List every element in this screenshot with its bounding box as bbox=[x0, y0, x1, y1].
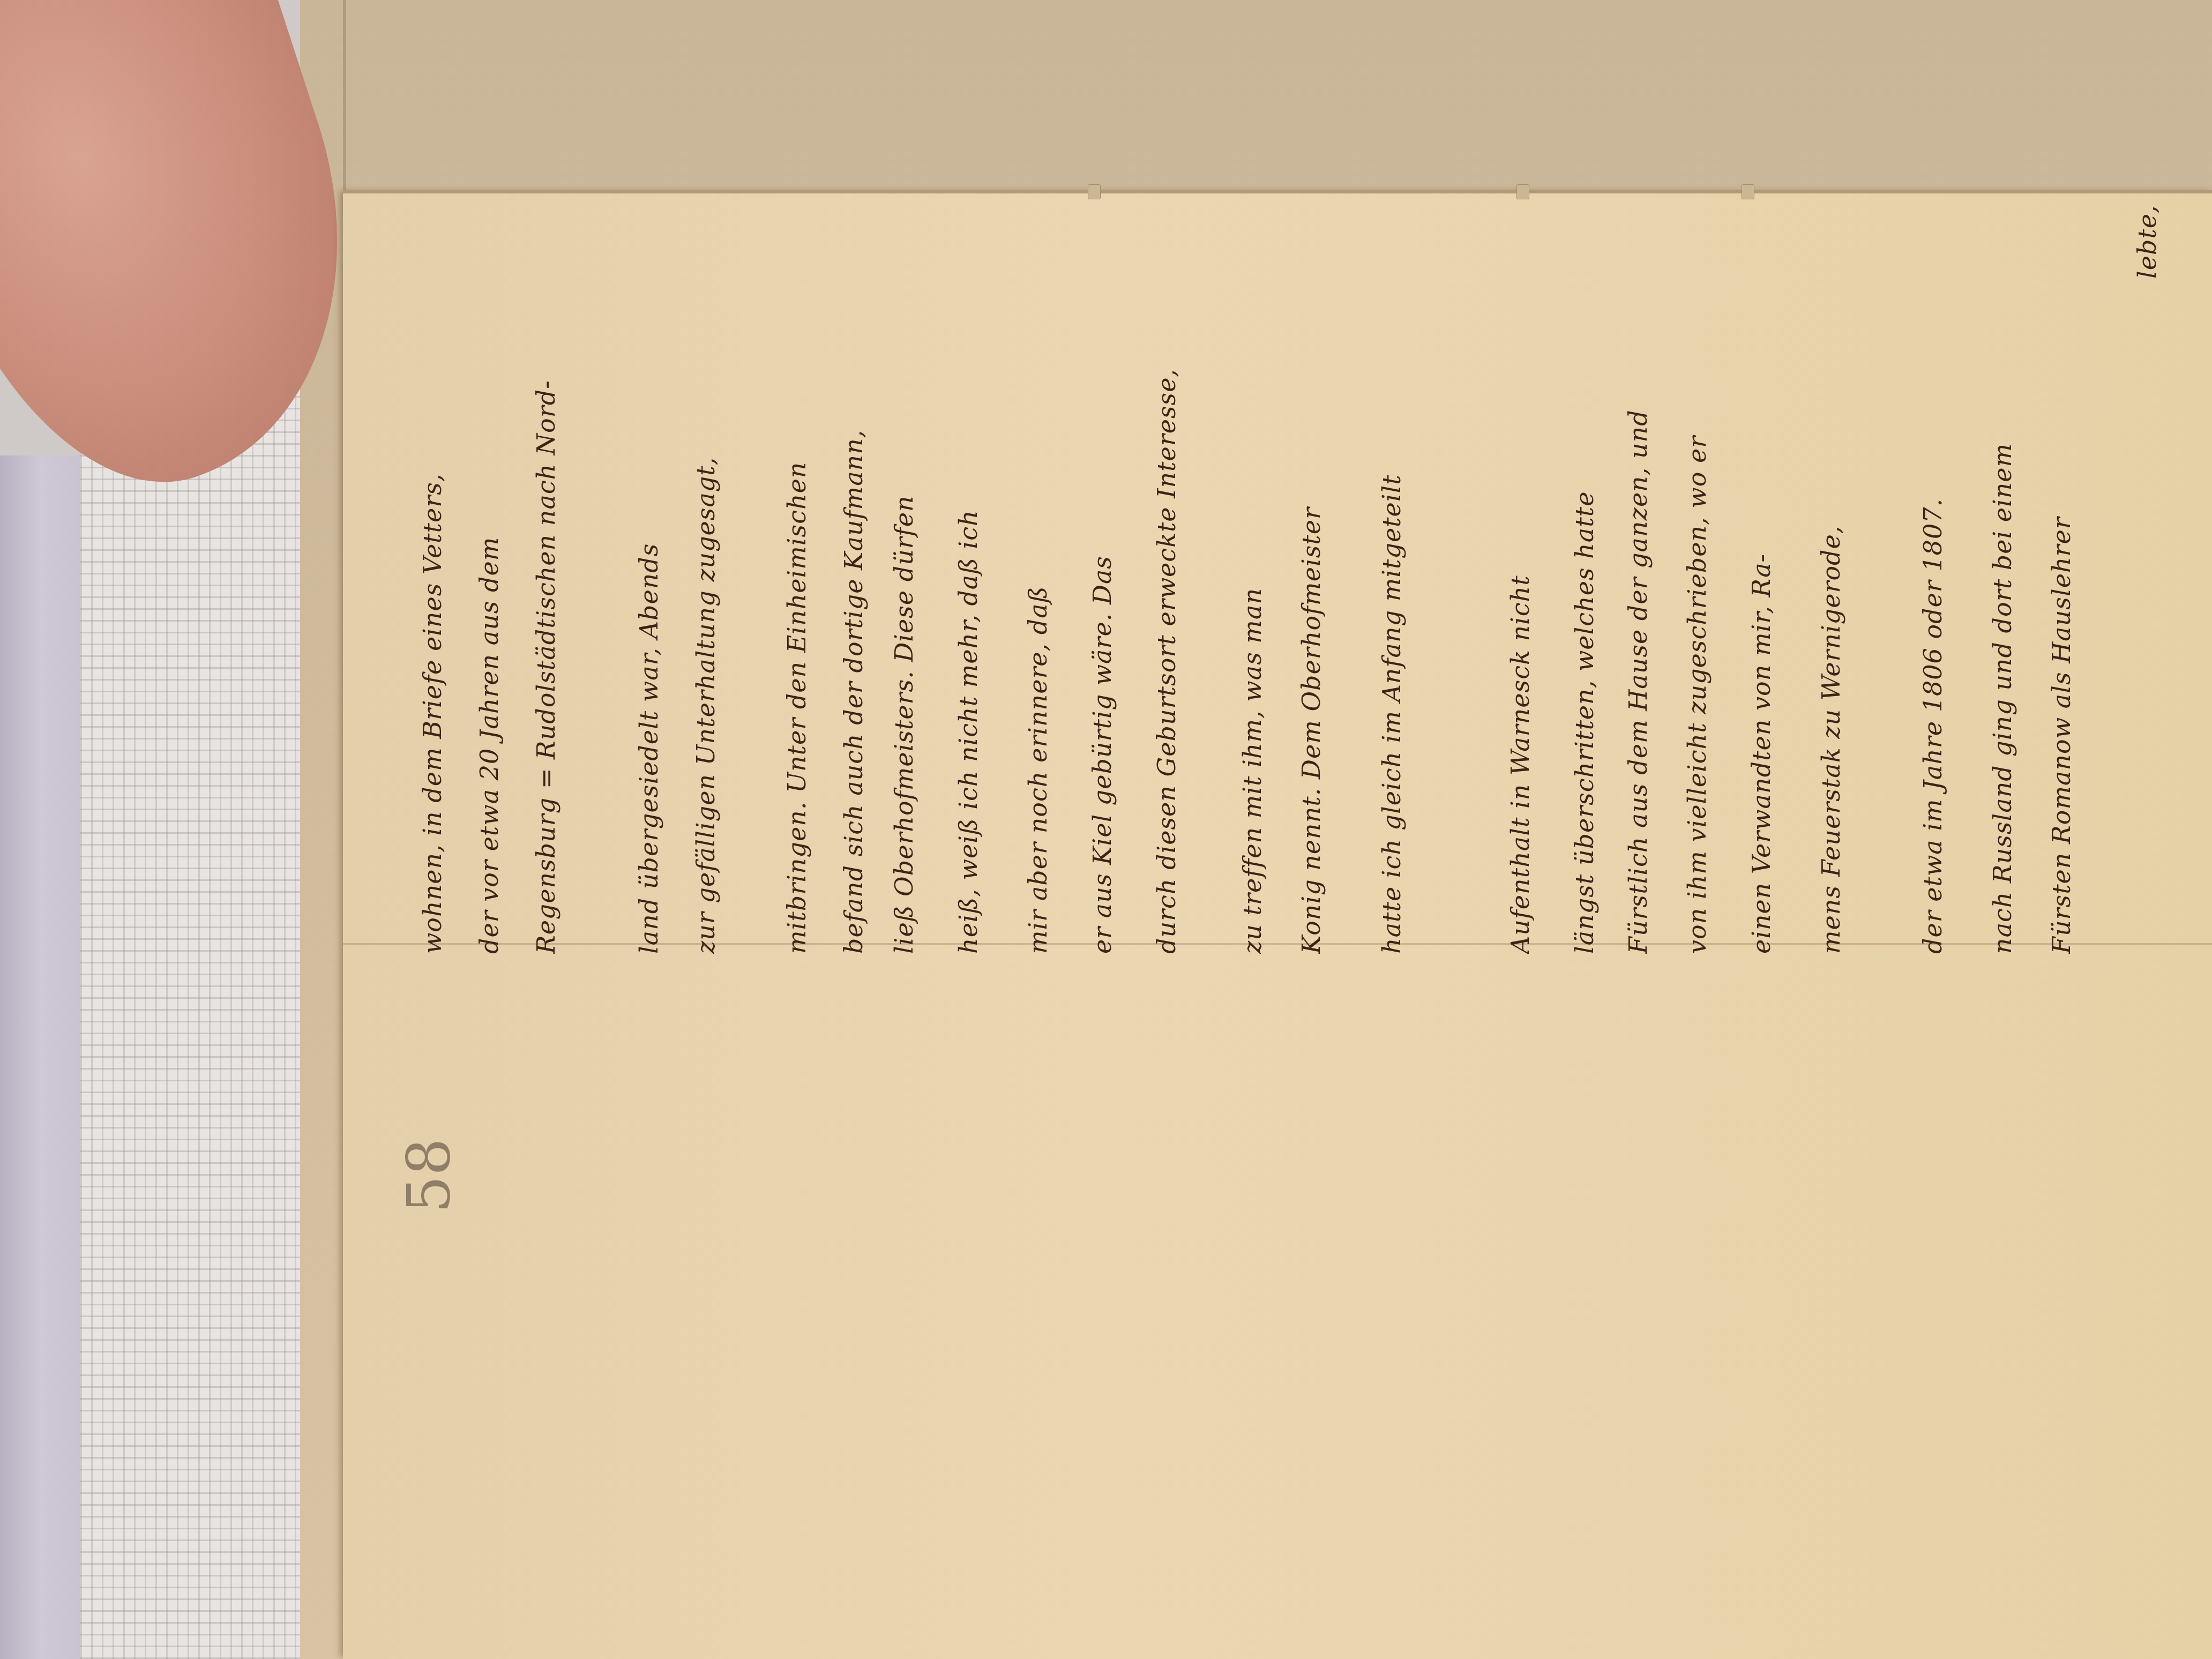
handwritten-line: lebte, bbox=[2133, 204, 2165, 279]
handwritten-line: mitbringen. Unter den Einheimischen bbox=[782, 204, 814, 954]
handwritten-line: nach Russland ging und dort bei einem bbox=[1988, 204, 2020, 954]
handwritten-line: heiß, weiß ich nicht mehr, daß ich bbox=[954, 204, 986, 954]
handwritten-line: Fürstlich aus dem Hause der ganzen, und bbox=[1624, 204, 1656, 954]
handwritten-line: wohnen, in dem Briefe eines Vetters, bbox=[418, 204, 450, 954]
handwritten-line: Regensburg = Rudolstädtischen nach Nord- bbox=[532, 204, 564, 954]
handwritten-line: befand sich auch der dortige Kaufmann, bbox=[839, 204, 871, 954]
pencil-page-number: 58 bbox=[394, 1138, 463, 1213]
handwritten-line: durch diesen Geburtsort erweckte Interes… bbox=[1152, 204, 1184, 954]
fold-tear-mark bbox=[1088, 184, 1101, 199]
fold-tear-mark bbox=[1516, 184, 1529, 199]
handwritten-line: einen Verwandten von mir, Ra- bbox=[1747, 204, 1779, 954]
handwritten-line: längst überschritten, welches hatte bbox=[1570, 204, 1602, 954]
handwritten-line: land übergesiedelt war, Abends bbox=[634, 204, 667, 954]
handwritten-text-block: wohnen, in dem Briefe eines Vetters, der… bbox=[418, 204, 2197, 954]
handwritten-line: zu treffen mit ihm, was man bbox=[1238, 204, 1270, 954]
handwritten-line: ließ Oberhofmeisters. Diese dürfen bbox=[890, 204, 922, 954]
fold-tear-mark bbox=[1742, 184, 1754, 199]
handwritten-line: der vor etwa 20 Jahren aus dem bbox=[475, 204, 507, 954]
page-fold-edge bbox=[343, 190, 2212, 193]
handwritten-line: von ihm vielleicht zugeschrieben, wo er bbox=[1683, 204, 1715, 954]
handwritten-line: mir aber noch erinnere, daß bbox=[1023, 204, 1056, 954]
handwritten-line: der etwa im Jahre 1806 oder 1807. bbox=[1918, 204, 1951, 954]
handwritten-line: mens Feuerstak zu Wernigerode, bbox=[1817, 204, 1849, 954]
handwritten-line: Konig nennt. Dem Oberhofmeister bbox=[1297, 204, 1329, 954]
handwritten-line: er aus Kiel gebürtig wäre. Das bbox=[1088, 204, 1120, 954]
handwritten-line: zur gefälligen Unterhaltung zugesagt, bbox=[691, 204, 723, 954]
handwritten-line: Fürsten Romanow als Hauslehrer bbox=[2047, 204, 2079, 954]
handwritten-line: hatte ich gleich im Anfang mitgeteilt bbox=[1377, 204, 1409, 954]
handwritten-line: Aufenthalt in Warnesck nicht bbox=[1506, 204, 1538, 954]
